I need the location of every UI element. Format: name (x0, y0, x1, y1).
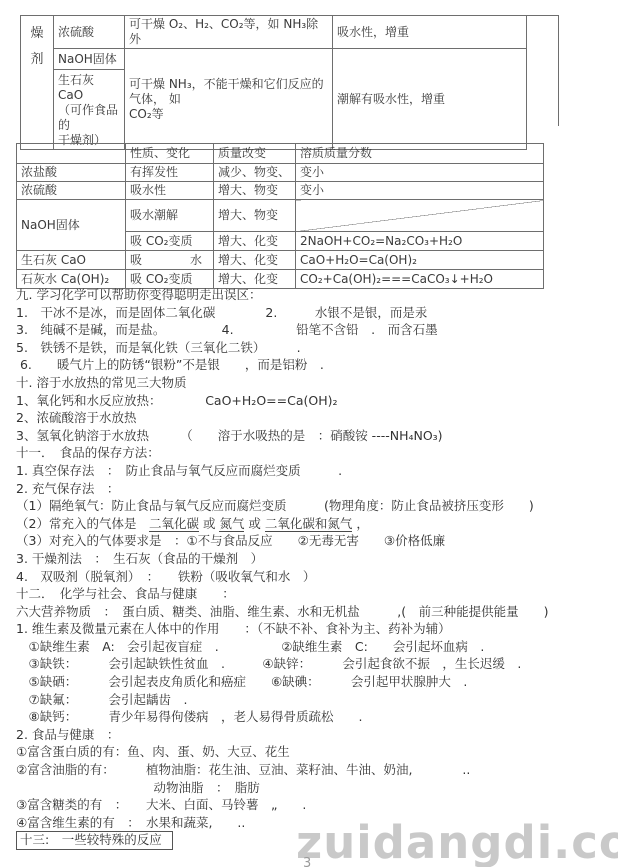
header-empty (17, 144, 126, 164)
agent-naoh: NaOH固体 (54, 49, 125, 70)
body-line: （1）隔绝氧气：防止食品与氧气反应而腐烂变质 (物理角度：防止食品被挤压变形 ) (16, 497, 612, 515)
line-text: 或 (244, 516, 264, 531)
underlined-n2: 氮气 (219, 516, 244, 532)
body-line: ⑦缺氟： 会引起龋齿 . (16, 691, 612, 709)
cell-equation: 2NaOH+CO₂=Na₂CO₃+H₂O (296, 232, 544, 251)
underlined-co2: 二氧化碳 (149, 516, 199, 532)
body-line: ⑧缺钙： 青少年易得佝偻病 ，老人易得骨质疏松 . (16, 708, 612, 726)
sulfuric-can-dry: 可干燥 O₂、H₂、CO₂等，如 NH₃除外 (125, 16, 333, 49)
body-line: 动物油脂 ： 脂肪 (16, 779, 612, 797)
empty-cell-diagonal (296, 200, 544, 232)
merged-can-dry: 可干燥 NH₃，不能干燥和它们反应的气体， 如 CO₂等 (125, 49, 333, 150)
merged-note: 潮解有吸水性，增重 (333, 49, 527, 150)
sulfuric-note: 吸水性，增重 (333, 16, 527, 49)
cell-property: 吸水潮解 (126, 200, 214, 232)
body-line: 6. 暖气片上的防锈“银粉”不是银 ，而是铝粉 . (16, 356, 612, 374)
cell-mass-change: 减少、物变、 (214, 164, 296, 182)
body-line: 3. 干燥剂法 ： 生石灰（食品的干燥剂 ） (16, 550, 612, 568)
table-row: 生石灰 CaO 吸 水 增大、化变 CaO+H₂O=Ca(OH)₂ (17, 251, 544, 270)
body-line: 2、浓硫酸溶于水放热 (16, 409, 612, 427)
table-row: 浓硫酸 吸水性 增大、物变 变小 (17, 182, 544, 200)
body-line: ②富含油脂的有： 植物油脂：花生油、豆油、菜籽油、牛油、奶油, .. (16, 761, 612, 779)
body-line: 2. 食品与健康 ： (16, 726, 612, 744)
cell-property: 吸 水 (126, 251, 214, 270)
cell-mass-change: 增大、化变 (214, 232, 296, 251)
body-line: ①富含蛋白质的有：鱼、肉、蛋、奶、大豆、花生 (16, 743, 612, 761)
cell-property: 有挥发性 (126, 164, 214, 182)
side-label-char-1: 燥 (25, 21, 49, 47)
body-line: 六大营养物质 ： 蛋白质、糖类、油脂、维生素、水和无机盐 ,( 前三种能提供能量… (16, 603, 612, 621)
cell-equation: CaO+H₂O=Ca(OH)₂ (296, 251, 544, 270)
page-number: 3 (303, 856, 317, 867)
row-label-hcl: 浓盐酸 (17, 164, 126, 182)
body-line: 3. 纯碱不是碱，而是盐。 4. 铅笔不含铅 . 而含石墨 (16, 321, 612, 339)
table-border-fragment (526, 15, 559, 126)
row-label-cao: 生石灰 CaO (17, 251, 126, 270)
section-13-box: 十三: 一些较特殊的反应 (16, 831, 173, 850)
line-text: 或 (199, 516, 219, 531)
section-10-title: 十. 溶于水放热的常见三大物质 (16, 374, 612, 392)
body-line: 4. 双吸剂（脱氧剂） ： 铁粉（吸收氧气和水 ） (16, 568, 612, 586)
cell-mass-change: 增大、物变 (214, 200, 296, 232)
watermark: zuidangdi.com (296, 816, 618, 867)
header-property: 性质、变化 (126, 144, 214, 164)
cell-fraction: 变小 (296, 182, 544, 200)
underlined-co2-n2: 二氧化碳和氮气 (265, 516, 353, 532)
cell-mass-change: 增大、化变 (214, 251, 296, 270)
body-line: 1. 真空保存法 ： 防止食品与氧气反应而腐烂变质 . (16, 462, 612, 480)
header-mass-change: 质量改变 (214, 144, 296, 164)
table-row: 浓盐酸 有挥发性 减少、物变、 变小 (17, 164, 544, 182)
row-label-naoh: NaOH固体 (17, 200, 126, 251)
cell-property: 吸 CO₂变质 (126, 232, 214, 251)
agent-sulfuric-acid: 浓硫酸 (54, 16, 125, 49)
body-line-underlined-gases: （2）常充入的气体是 二氧化碳 或 氮气 或 二氧化碳和氮气 ， (16, 515, 612, 533)
body-line: 1、氧化钙和水反应放热： CaO+H₂O==Ca(OH)₂ (16, 392, 612, 410)
property-table: 性质、变化 质量改变 溶质质量分数 浓盐酸 有挥发性 减少、物变、 变小 浓硫酸… (16, 143, 544, 289)
body-line: 3、氢氧化钠溶于水放热 （ 溶于水吸热的是 ：硝酸铵 ----NH₄NO₃) (16, 427, 612, 445)
cell-fraction: 变小 (296, 164, 544, 182)
side-label-char-2: 剂 (25, 47, 49, 73)
row-label-h2so4: 浓硫酸 (17, 182, 126, 200)
line-text: ， (352, 516, 368, 531)
cell-property: 吸水性 (126, 182, 214, 200)
section-12-title: 十二． 化学与社会、食品与健康 ： (16, 585, 612, 603)
body-line: ⑤缺硒： 会引起表皮角质化和癌症 ⑥缺碘： 会引起甲状腺肿大 . (16, 673, 612, 691)
body-line: （3）对充入的气体要求是 ：①不与食品反应 ②无毒无害 ③价格低廉 (16, 532, 612, 550)
section-9-title: 九. 学习化学可以帮助你变得聪明走出误区： (16, 286, 612, 304)
drying-agent-table: 燥 剂 浓硫酸 可干燥 O₂、H₂、CO₂等，如 NH₃除外 吸水性，增重 Na… (20, 15, 527, 150)
agent-quicklime: 生石灰 CaO （可作食品的 干燥剂） (54, 70, 125, 150)
body-line: 2. 充气保存法 ： (16, 480, 612, 498)
body-line: 1. 维生素及微量元素在人体中的作用 ：（不缺不补、食补为主、药补为辅） (16, 620, 612, 638)
body-line: ③缺铁： 会引起缺铁性贫血 . ④缺锌： 会引起食欲不振 ，生长迟缓 . (16, 655, 612, 673)
line-text: （2）常充入的气体是 (16, 516, 149, 531)
cell-mass-change: 增大、物变 (214, 182, 296, 200)
body-line: ①缺维生素 A: 会引起夜盲症 . ②缺维生素 C: 会引起坏血病 . (16, 638, 612, 656)
body-line: 1. 干冰不是冰，而是固体二氧化碳 2. 水银不是银，而是汞 (16, 304, 612, 322)
header-solute-fraction: 溶质质量分数 (296, 144, 544, 164)
section-11-title: 十一． 食品的保存方法： (16, 444, 612, 462)
drying-table-side-label: 燥 剂 (21, 16, 54, 150)
body-line: ③富含糖类的有 ： 大米、白面、马铃薯 „ . (16, 796, 612, 814)
body-line: 5. 铁锈不是铁，而是氧化铁（三氧化二铁） . (16, 339, 612, 357)
notes-body: 九. 学习化学可以帮助你变得聪明走出误区： 1. 干冰不是冰，而是固体二氧化碳 … (16, 286, 612, 849)
table-row: NaOH固体 吸水潮解 增大、物变 (17, 200, 544, 232)
